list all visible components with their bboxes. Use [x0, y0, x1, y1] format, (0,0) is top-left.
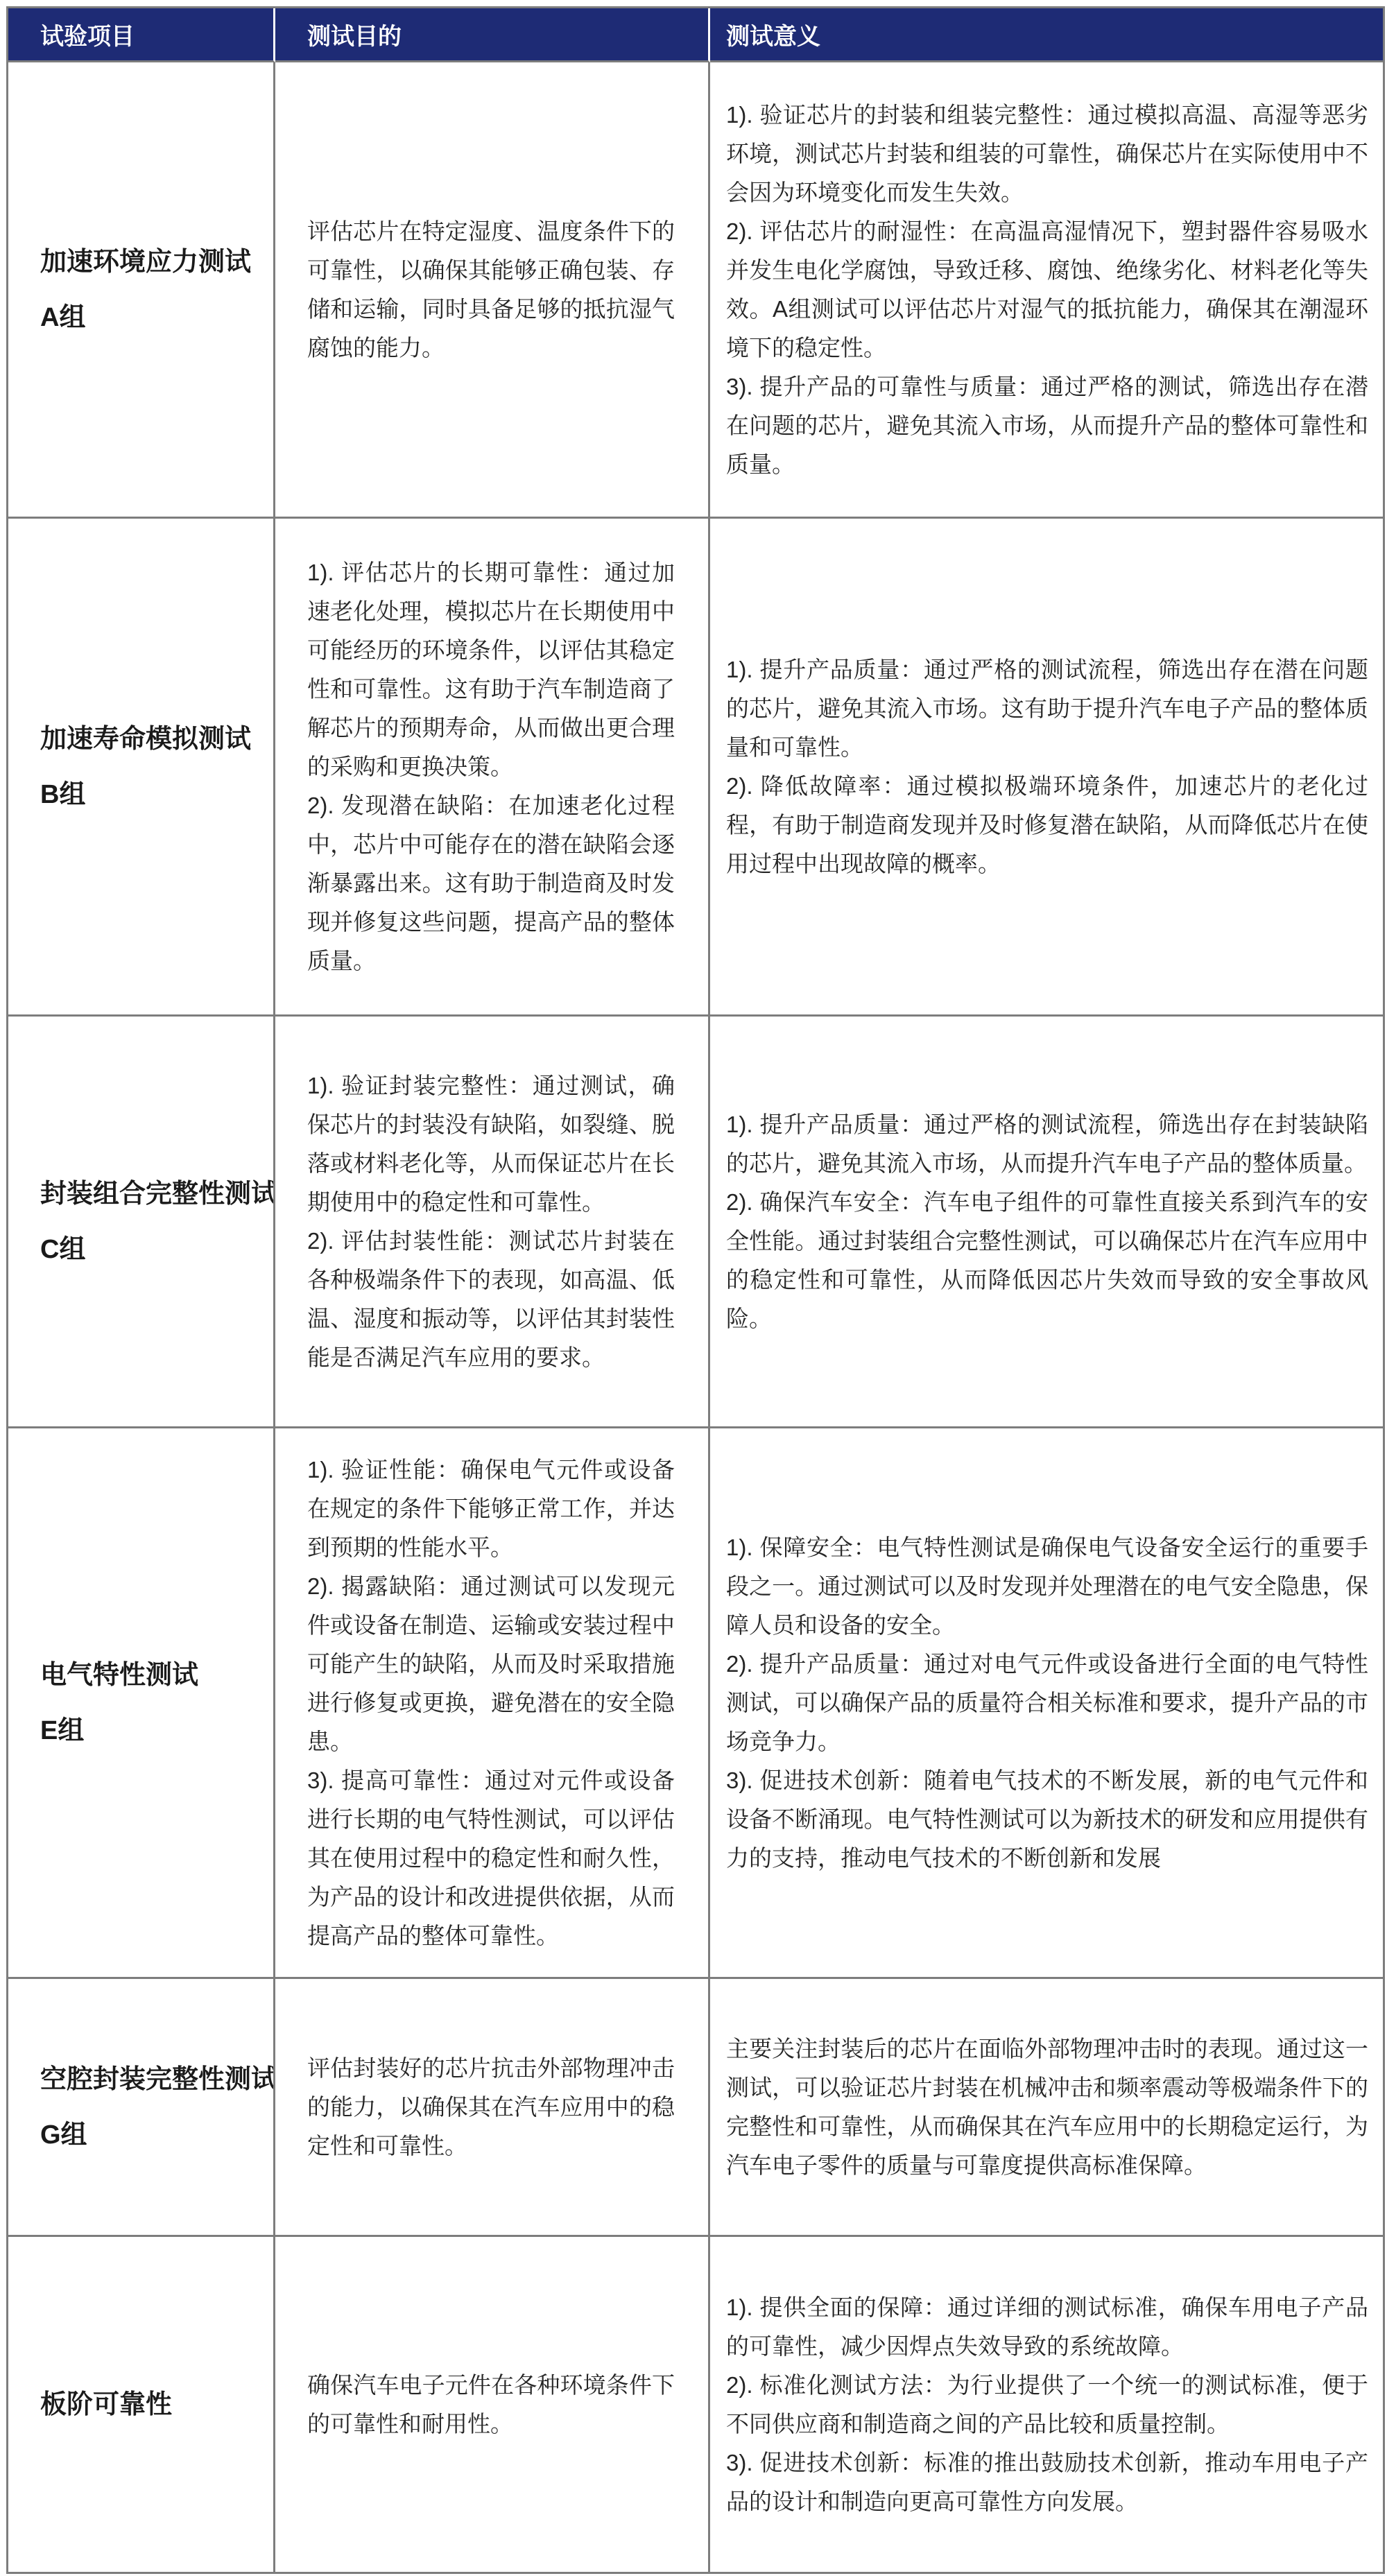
test-item-group: E组 [40, 1703, 259, 1758]
significance-text: 主要关注封装后的芯片在面临外部物理冲击时的表现。通过这一测试，可以验证芯片封装在… [726, 2030, 1368, 2185]
row-b-significance-cell: 1). 提升产品质量：通过严格的测试流程，筛选出存在潜在问题的芯片，避免其流入市… [710, 519, 1383, 1017]
row-board-significance-cell: 1). 提供全面的保障：通过详细的测试标准，确保车用电子产品的可靠性，减少因焊点… [710, 2237, 1383, 2572]
significance-text: 1). 提供全面的保障：通过详细的测试标准，确保车用电子产品的可靠性，减少因焊点… [726, 2288, 1368, 2521]
row-b-purpose-cell: 1). 评估芯片的长期可靠性：通过加速老化处理，模拟芯片在长期使用中可能经历的环… [275, 519, 710, 1017]
header-cell-test-purpose: 测试目的 [275, 8, 710, 62]
purpose-text: 评估封装好的芯片抗击外部物理冲击的能力，以确保其在汽车应用中的稳定性和可靠性。 [307, 2049, 675, 2166]
test-table: 试验项目 测试目的 测试意义 加速环境应力测试 A组 评估芯片在特定湿度、温度条… [6, 6, 1385, 2574]
row-b-item-cell: 加速寿命模拟测试 B组 [8, 519, 275, 1017]
purpose-text: 1). 验证封装完整性：通过测试，确保芯片的封装没有缺陷，如裂缝、脱落或材料老化… [307, 1066, 675, 1377]
row-e-purpose-cell: 1). 验证性能：确保电气元件或设备在规定的条件下能够正常工作，并达到预期的性能… [275, 1428, 710, 1979]
significance-text: 1). 验证芯片的封装和组装完整性：通过模拟高温、高湿等恶劣环境，测试芯片封装和… [726, 96, 1368, 484]
row-c-significance-cell: 1). 提升产品质量：通过严格的测试流程，筛选出存在封装缺陷的芯片，避免其流入市… [710, 1017, 1383, 1428]
test-item-name: 封装组合完整性测试 [40, 1166, 259, 1222]
test-item-group: C组 [40, 1222, 259, 1277]
row-a-significance-cell: 1). 验证芯片的封装和组装完整性：通过模拟高温、高湿等恶劣环境，测试芯片封装和… [710, 62, 1383, 519]
test-item-name: 空腔封装完整性测试 [40, 2052, 259, 2107]
row-c-purpose-cell: 1). 验证封装完整性：通过测试，确保芯片的封装没有缺陷，如裂缝、脱落或材料老化… [275, 1017, 710, 1428]
test-item-name: 加速寿命模拟测试 [40, 711, 259, 767]
purpose-text: 评估芯片在特定湿度、温度条件下的可靠性，以确保其能够正确包装、存储和运输，同时具… [307, 212, 675, 368]
purpose-text: 1). 评估芯片的长期可靠性：通过加速老化处理，模拟芯片在长期使用中可能经历的环… [307, 553, 675, 980]
header-label: 测试意义 [726, 17, 1368, 51]
row-board-item-cell: 板阶可靠性 [8, 2237, 275, 2572]
test-item-name: 板阶可靠性 [40, 2377, 259, 2432]
row-g-significance-cell: 主要关注封装后的芯片在面临外部物理冲击时的表现。通过这一测试，可以验证芯片封装在… [710, 1979, 1383, 2237]
header-label: 测试目的 [307, 17, 675, 51]
test-item-group: G组 [40, 2107, 259, 2163]
document-page: 试验项目 测试目的 测试意义 加速环境应力测试 A组 评估芯片在特定湿度、温度条… [0, 0, 1387, 2576]
test-item-name: 电气特性测试 [40, 1648, 259, 1703]
purpose-text: 确保汽车电子元件在各种环境条件下的可靠性和耐用性。 [307, 2366, 675, 2444]
header-cell-test-item: 试验项目 [8, 8, 275, 62]
row-e-significance-cell: 1). 保障安全：电气特性测试是确保电气设备安全运行的重要手段之一。通过测试可以… [710, 1428, 1383, 1979]
significance-text: 1). 提升产品质量：通过严格的测试流程，筛选出存在封装缺陷的芯片，避免其流入市… [726, 1105, 1368, 1338]
significance-text: 1). 保障安全：电气特性测试是确保电气设备安全运行的重要手段之一。通过测试可以… [726, 1528, 1368, 1878]
test-item-group: B组 [40, 767, 259, 822]
row-a-item-cell: 加速环境应力测试 A组 [8, 62, 275, 519]
row-c-item-cell: 封装组合完整性测试 C组 [8, 1017, 275, 1428]
row-a-purpose-cell: 评估芯片在特定湿度、温度条件下的可靠性，以确保其能够正确包装、存储和运输，同时具… [275, 62, 710, 519]
row-g-item-cell: 空腔封装完整性测试 G组 [8, 1979, 275, 2237]
row-g-purpose-cell: 评估封装好的芯片抗击外部物理冲击的能力，以确保其在汽车应用中的稳定性和可靠性。 [275, 1979, 710, 2237]
test-item-name: 加速环境应力测试 [40, 234, 259, 290]
purpose-text: 1). 验证性能：确保电气元件或设备在规定的条件下能够正常工作，并达到预期的性能… [307, 1451, 675, 1955]
header-label: 试验项目 [40, 17, 259, 51]
header-cell-test-significance: 测试意义 [710, 8, 1383, 62]
row-board-purpose-cell: 确保汽车电子元件在各种环境条件下的可靠性和耐用性。 [275, 2237, 710, 2572]
test-item-group: A组 [40, 290, 259, 345]
significance-text: 1). 提升产品质量：通过严格的测试流程，筛选出存在潜在问题的芯片，避免其流入市… [726, 650, 1368, 883]
row-e-item-cell: 电气特性测试 E组 [8, 1428, 275, 1979]
